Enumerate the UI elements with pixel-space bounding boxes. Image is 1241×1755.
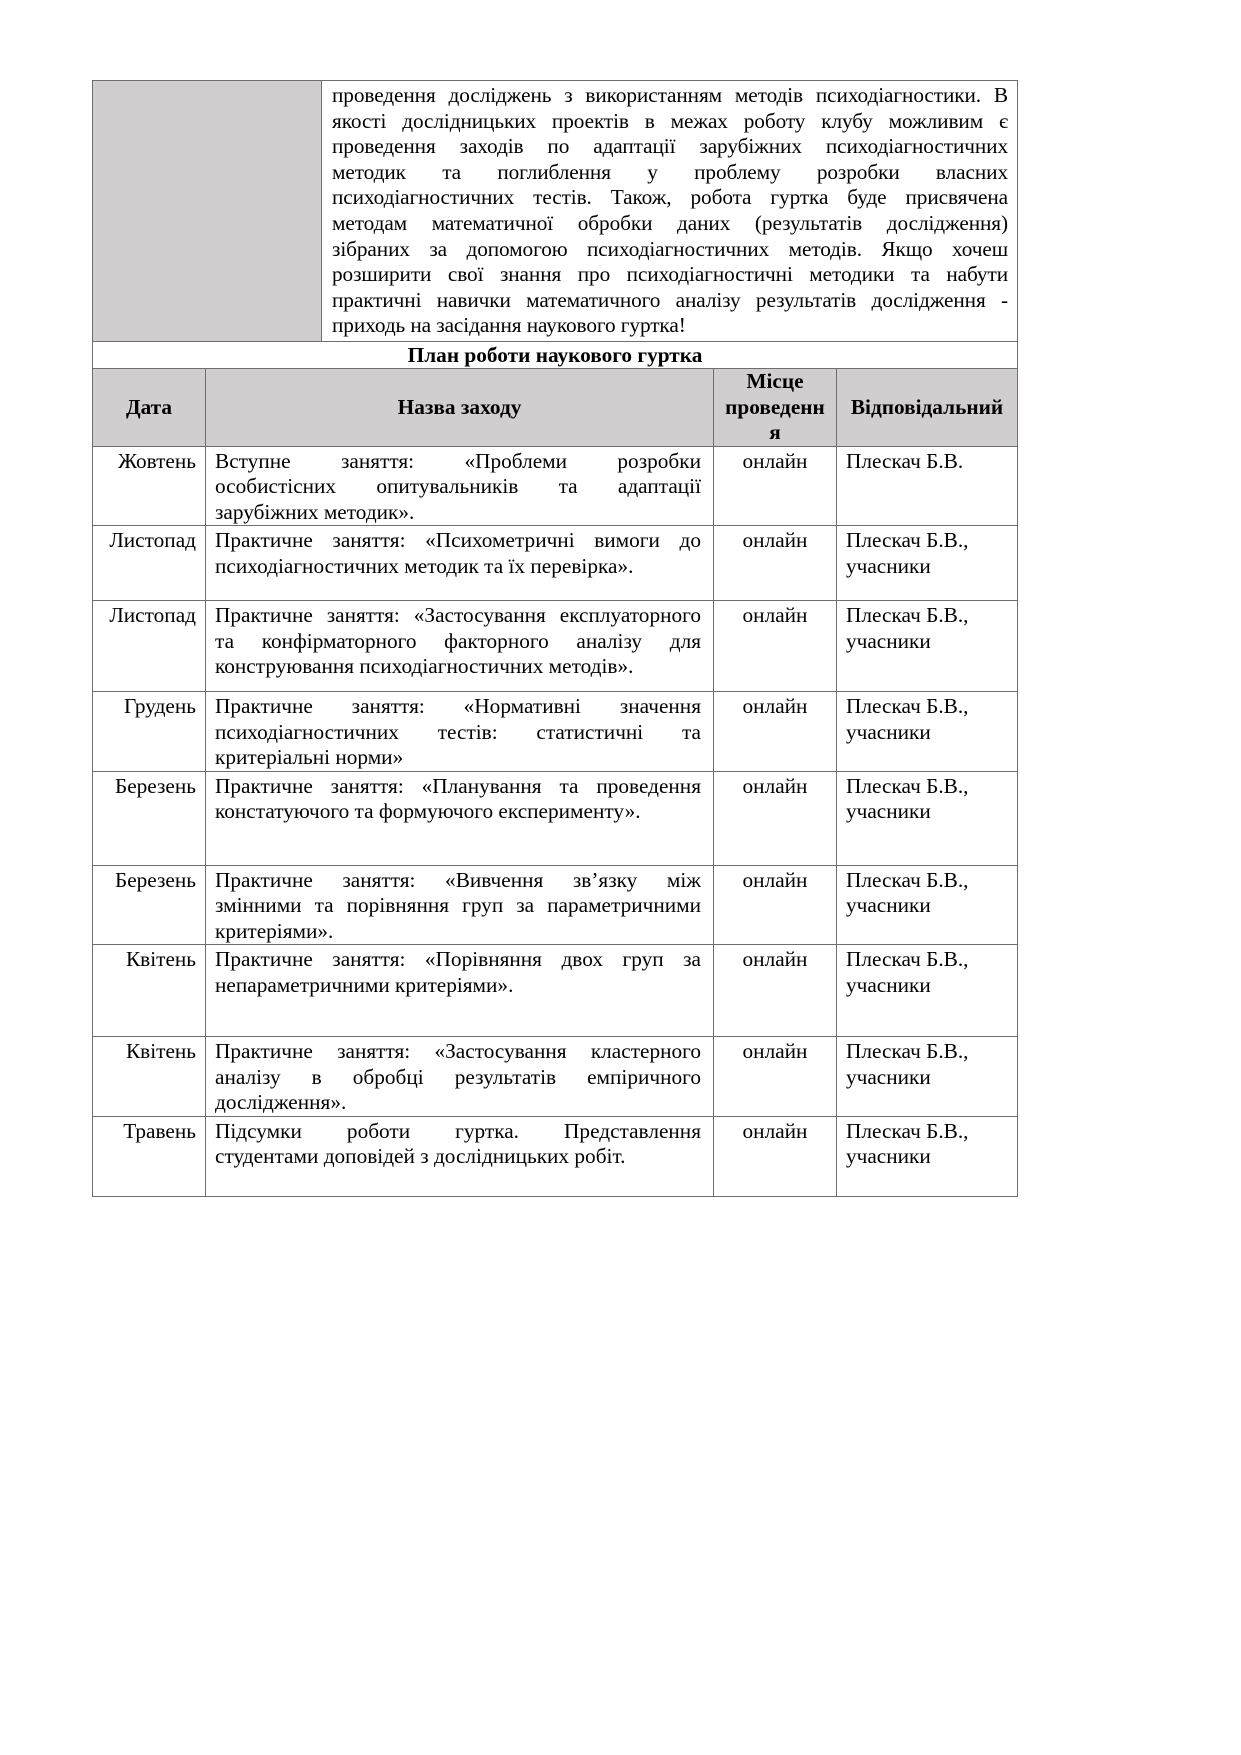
intro-description: проведення досліджень з використанням ме… <box>322 81 1018 342</box>
intro-text-line: якості дослідницьких проектів в межах ро… <box>332 109 1008 135</box>
document-page: проведення досліджень з використанням ме… <box>92 80 1017 1197</box>
cell-responsible: Плескач Б.В.,учасники <box>837 526 1018 601</box>
cell-event-name: Підсумки роботи гуртка. Представленнясту… <box>206 1116 714 1196</box>
cell-responsible: Плескач Б.В.,учасники <box>837 601 1018 692</box>
cell-event-name: Практичне заняття: «Застосування кластер… <box>206 1037 714 1117</box>
event-name-line: Практичне заняття: «Планування та провед… <box>215 774 701 800</box>
responsible-line: Плескач Б.В., <box>846 528 1017 554</box>
header-place-line: Місце <box>716 369 834 395</box>
cell-place: онлайн <box>714 446 837 526</box>
plan-title: План роботи наукового гуртка <box>93 341 1018 368</box>
cell-place: онлайн <box>714 865 837 945</box>
table-row: Жовтень Вступне заняття: «Проблеми розро… <box>93 446 1018 526</box>
event-name-line: Практичне заняття: «Порівняння двох груп… <box>215 947 701 973</box>
event-name-line: дослідження». <box>215 1090 701 1116</box>
responsible-line: учасники <box>846 720 1017 746</box>
responsible-line: учасники <box>846 1144 1017 1170</box>
event-name-line: зарубіжних методик». <box>215 500 701 526</box>
table-row: Березень Практичне заняття: «Планування … <box>93 771 1018 865</box>
responsible-line: учасники <box>846 629 1017 655</box>
responsible-line: учасники <box>846 1065 1017 1091</box>
cell-date: Березень <box>93 865 206 945</box>
header-event-name: Назва заходу <box>206 368 714 446</box>
table-row: Грудень Практичне заняття: «Нормативні з… <box>93 692 1018 772</box>
cell-event-name: Практичне заняття: «Порівняння двох груп… <box>206 945 714 1037</box>
cell-date: Квітень <box>93 1037 206 1117</box>
responsible-line: Плескач Б.В., <box>846 1039 1017 1065</box>
responsible-line: учасники <box>846 799 1017 825</box>
cell-place: онлайн <box>714 1037 837 1117</box>
event-name-line: Вступне заняття: «Проблеми розробки <box>215 449 701 475</box>
cell-place: онлайн <box>714 1116 837 1196</box>
event-name-line: Підсумки роботи гуртка. Представлення <box>215 1119 701 1145</box>
event-name-line: та конфірматорного факторного аналізу дл… <box>215 629 701 655</box>
table-row: Квітень Практичне заняття: «Застосування… <box>93 1037 1018 1117</box>
cell-responsible: Плескач Б.В.,учасники <box>837 1116 1018 1196</box>
responsible-line: Плескач Б.В., <box>846 603 1017 629</box>
responsible-line: Плескач Б.В., <box>846 774 1017 800</box>
cell-place: онлайн <box>714 945 837 1037</box>
cell-date: Листопад <box>93 526 206 601</box>
header-place: Місце проведенн я <box>714 368 837 446</box>
cell-event-name: Практичне заняття: «Психометричні вимоги… <box>206 526 714 601</box>
cell-date: Березень <box>93 771 206 865</box>
intro-text-line: приходь на засідання наукового гуртка! <box>332 313 1008 339</box>
cell-date: Квітень <box>93 945 206 1037</box>
event-name-line: змінними та порівняння груп за параметри… <box>215 893 701 919</box>
intro-text-line: методам математичної обробки даних (резу… <box>332 211 1008 237</box>
intro-text-line: методик та поглиблення у проблему розроб… <box>332 160 1008 186</box>
cell-place: онлайн <box>714 771 837 865</box>
event-name-line: психодіагностичних методик та їх перевір… <box>215 554 701 580</box>
event-name-line: особистісних опитувальників та адаптації <box>215 474 701 500</box>
event-name-line: аналізу в обробці результатів емпіричног… <box>215 1065 701 1091</box>
responsible-line: Плескач Б.В., <box>846 947 1017 973</box>
cell-place: онлайн <box>714 526 837 601</box>
cell-date: Жовтень <box>93 446 206 526</box>
table-row: Квітень Практичне заняття: «Порівняння д… <box>93 945 1018 1037</box>
intro-gray-cell <box>93 81 322 342</box>
cell-event-name: Практичне заняття: «Вивчення зв’язку між… <box>206 865 714 945</box>
header-place-line: я <box>716 420 834 446</box>
cell-responsible: Плескач Б.В.,учасники <box>837 865 1018 945</box>
cell-date: Листопад <box>93 601 206 692</box>
cell-responsible: Плескач Б.В.,учасники <box>837 945 1018 1037</box>
responsible-line: Плескач Б.В., <box>846 868 1017 894</box>
event-name-line: критеріальні норми» <box>215 745 701 771</box>
table-row: Листопад Практичне заняття: «Застосуванн… <box>93 601 1018 692</box>
event-name-line: психодіагностичних тестів: статистичні т… <box>215 720 701 746</box>
event-name-line: критеріями». <box>215 919 701 945</box>
cell-place: онлайн <box>714 601 837 692</box>
cell-event-name: Практичне заняття: «Застосування експлуа… <box>206 601 714 692</box>
header-responsible: Відповідальний <box>837 368 1018 446</box>
intro-text-line: проведення досліджень з використанням ме… <box>332 83 1008 109</box>
cell-responsible: Плескач Б.В.,учасники <box>837 692 1018 772</box>
cell-place: онлайн <box>714 692 837 772</box>
table-row: Березень Практичне заняття: «Вивчення зв… <box>93 865 1018 945</box>
event-name-line: непараметричними критеріями». <box>215 973 701 999</box>
event-name-line: конструювання психодіагностичних методів… <box>215 654 701 680</box>
event-name-line: Практичне заняття: «Застосування кластер… <box>215 1039 701 1065</box>
table-row: Травень Підсумки роботи гуртка. Представ… <box>93 1116 1018 1196</box>
cell-responsible: Плескач Б.В. <box>837 446 1018 526</box>
event-name-line: Практичне заняття: «Вивчення зв’язку між <box>215 868 701 894</box>
cell-event-name: Практичне заняття: «Планування та провед… <box>206 771 714 865</box>
plan-table: План роботи наукового гуртка Дата Назва … <box>92 341 1018 1197</box>
intro-text-line: проведення заходів по адаптації зарубіжн… <box>332 134 1008 160</box>
intro-text-line: зібраних за допомогою психодіагностичних… <box>332 237 1008 263</box>
responsible-line: учасники <box>846 893 1017 919</box>
event-name-line: констатуючого та формуючого експерименту… <box>215 799 701 825</box>
plan-title-row: План роботи наукового гуртка <box>93 341 1018 368</box>
table-row: Листопад Практичне заняття: «Психометрич… <box>93 526 1018 601</box>
plan-table-body: Жовтень Вступне заняття: «Проблеми розро… <box>93 446 1018 1196</box>
event-name-line: Практичне заняття: «Нормативні значення <box>215 694 701 720</box>
event-name-line: студентами доповідей з дослідницьких роб… <box>215 1144 701 1170</box>
cell-event-name: Вступне заняття: «Проблеми розробкиособи… <box>206 446 714 526</box>
responsible-line: учасники <box>846 973 1017 999</box>
cell-date: Травень <box>93 1116 206 1196</box>
responsible-line: Плескач Б.В., <box>846 694 1017 720</box>
intro-text-line: розширити свої знання про психодіагности… <box>332 262 1008 288</box>
intro-table: проведення досліджень з використанням ме… <box>92 80 1018 342</box>
intro-text-line: практичні навички математичного аналізу … <box>332 288 1008 314</box>
cell-date: Грудень <box>93 692 206 772</box>
table-header-row: Дата Назва заходу Місце проведенн я Відп… <box>93 368 1018 446</box>
event-name-line: Практичне заняття: «Психометричні вимоги… <box>215 528 701 554</box>
responsible-line: Плескач Б.В. <box>846 449 1017 475</box>
header-place-line: проведенн <box>716 395 834 421</box>
responsible-line: Плескач Б.В., <box>846 1119 1017 1145</box>
header-date: Дата <box>93 368 206 446</box>
event-name-line: Практичне заняття: «Застосування експлуа… <box>215 603 701 629</box>
cell-event-name: Практичне заняття: «Нормативні значенняп… <box>206 692 714 772</box>
cell-responsible: Плескач Б.В.,учасники <box>837 771 1018 865</box>
responsible-line: учасники <box>846 554 1017 580</box>
intro-row: проведення досліджень з використанням ме… <box>93 81 1018 342</box>
cell-responsible: Плескач Б.В.,учасники <box>837 1037 1018 1117</box>
intro-text-line: психодіагностичних тестів. Також, робота… <box>332 185 1008 211</box>
